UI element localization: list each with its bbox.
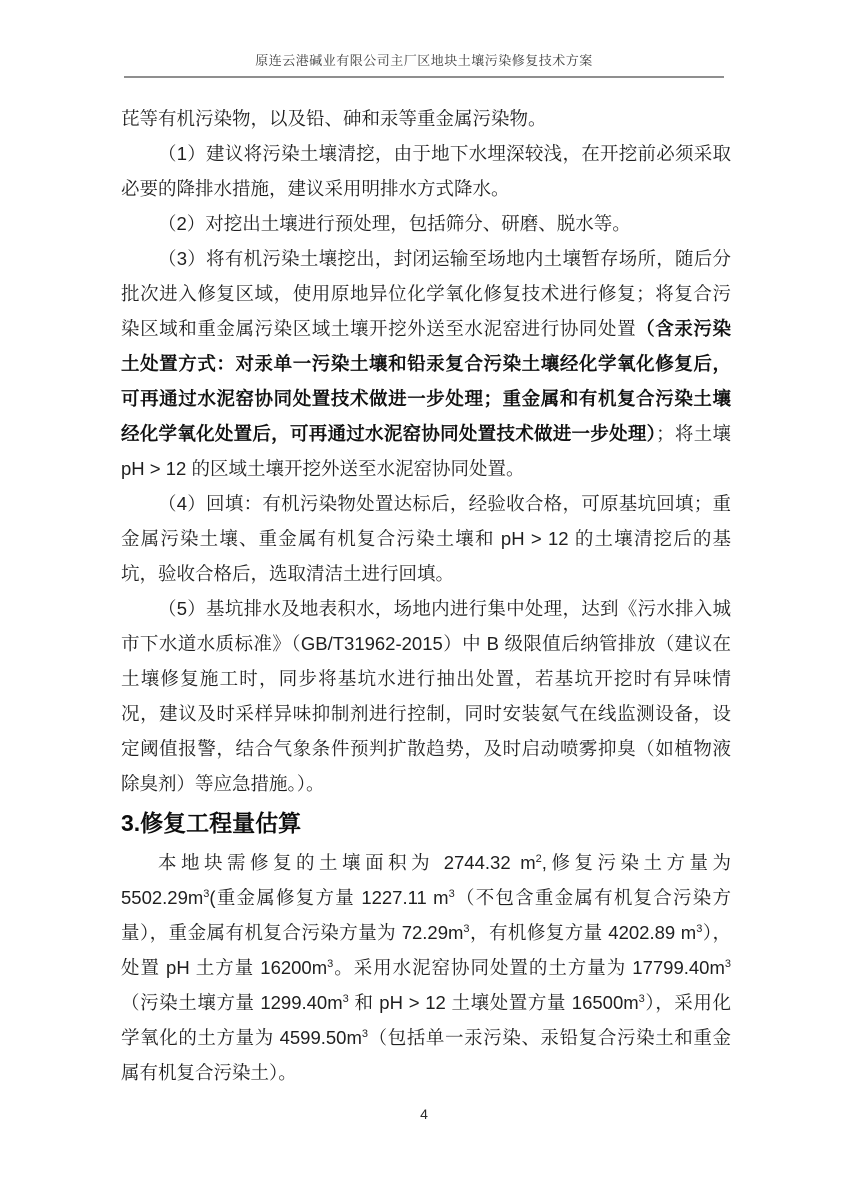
paragraph-continuation: 芘等有机污染物，以及铅、砷和汞等重金属污染物。 [121,101,731,136]
superscript: 3 [725,958,731,970]
page-footer: 4 [0,1106,848,1122]
paragraph-item-3: （3）将有机污染土壤挖出，封闭运输至场地内土壤暂存场所，随后分批次进入修复区域，… [121,241,731,486]
document-content: 芘等有机污染物，以及铅、砷和汞等重金属污染物。 （1）建议将污染土壤清挖，由于地… [121,101,731,1090]
section-heading: 3.修复工程量估算 [121,801,731,845]
header-rule [124,76,724,78]
paragraph-item-1: （1）建议将污染土壤清挖，由于地下水埋深较浅，在开挖前必须采取必要的降排水措施，… [121,136,731,206]
paragraph-item-4: （4）回填：有机污染物处置达标后，经验收合格，可原基坑回填；重金属污染土壤、重金… [121,486,731,591]
text-run: （污染土壤方量 1299.40m [121,992,343,1013]
text-run: 。采用水泥窑协同处置的土方量为 17799.40m [333,957,725,978]
page-number: 4 [420,1106,428,1122]
document-page: 原连云港碱业有限公司主厂区地块土壤污染修复技术方案 芘等有机污染物，以及铅、砷和… [0,0,848,1200]
header-title: 原连云港碱业有限公司主厂区地块土壤污染修复技术方案 [124,50,724,69]
page-header: 原连云港碱业有限公司主厂区地块土壤污染修复技术方案 [124,50,724,78]
text-run: ，有机修复方量 4202.89 m [470,922,697,943]
text-run: 本地块需修复的土壤面积为 2744.32 m [158,852,536,873]
paragraph-item-5: （5）基坑排水及地表积水，场地内进行集中处理，达到《污水排入城市下水道水质标准》… [121,591,731,801]
paragraph-estimate: 本地块需修复的土壤面积为 2744.32 m2,修复污染土方量为 5502.29… [121,845,731,1090]
paragraph-item-2: （2）对挖出土壤进行预处理，包括筛分、研磨、脱水等。 [121,206,731,241]
text-run: 和 pH > 12 土壤处置方量 16500m [349,992,639,1013]
text-run: (重金属修复方量 1227.11 m [209,887,448,908]
